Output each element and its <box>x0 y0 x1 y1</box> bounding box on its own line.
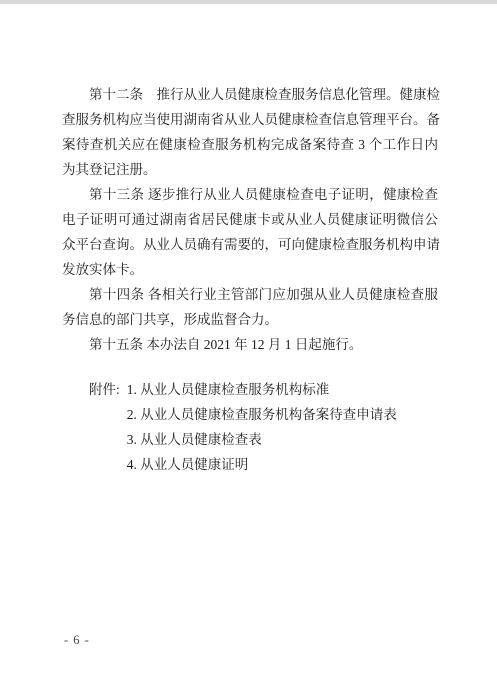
paragraph-line: 众平台查询。从业人员确有需要的，可向健康检查服务机构申请 <box>62 232 438 257</box>
attachments-block: 附件: 1. 从业人员健康检查服务机构标准 2. 从业人员健康检查服务机构备案待… <box>62 377 438 477</box>
paragraph-line: 第十四条 各相关行业主管部门应加强从业人员健康检查服 <box>62 282 438 307</box>
paragraph-line: 案待查机关应在健康检查服务机构完成备案待查 3 个工作日内 <box>62 132 438 157</box>
article-paragraph-12: 第十二条 推行从业人员健康检查服务信息化管理。健康检 查服务机构应当使用湖南省从… <box>62 82 438 182</box>
paragraph-line: 第十二条 推行从业人员健康检查服务信息化管理。健康检 <box>62 82 438 107</box>
attachments-label: 附件: <box>89 377 120 402</box>
paragraph-line: 发放实体卡。 <box>62 257 438 282</box>
article-paragraph-14: 第十四条 各相关行业主管部门应加强从业人员健康检查服 务信息的部门共享，形成监督… <box>62 282 438 332</box>
attachment-item: 4. 从业人员健康证明 <box>127 452 397 477</box>
page-number: - 6 - <box>64 633 90 648</box>
attachments-list: 1. 从业人员健康检查服务机构标准 2. 从业人员健康检查服务机构备案待查申请表… <box>127 377 397 477</box>
page-top-edge <box>0 0 497 4</box>
paragraph-line: 第十五条 本办法自 2021 年 12 月 1 日起施行。 <box>62 332 438 357</box>
paragraph-line: 务信息的部门共享，形成监督合力。 <box>62 307 438 332</box>
document-page: 第十二条 推行从业人员健康检查服务信息化管理。健康检 查服务机构应当使用湖南省从… <box>0 0 497 699</box>
paragraph-line: 第十三条 逐步推行从业人员健康检查电子证明，健康检查 <box>62 182 438 207</box>
article-paragraph-15: 第十五条 本办法自 2021 年 12 月 1 日起施行。 <box>62 332 438 357</box>
paragraph-line: 电子证明可通过湖南省居民健康卡或从业人员健康证明微信公 <box>62 207 438 232</box>
paragraph-line: 查服务机构应当使用湖南省从业人员健康检查信息管理平台。备 <box>62 107 438 132</box>
article-paragraph-13: 第十三条 逐步推行从业人员健康检查电子证明，健康检查 电子证明可通过湖南省居民健… <box>62 182 438 282</box>
attachment-item: 2. 从业人员健康检查服务机构备案待查申请表 <box>127 402 397 427</box>
attachment-item: 1. 从业人员健康检查服务机构标准 <box>127 377 397 402</box>
attachment-item: 3. 从业人员健康检查表 <box>127 427 397 452</box>
paragraph-line: 为其登记注册。 <box>62 157 438 182</box>
document-body: 第十二条 推行从业人员健康检查服务信息化管理。健康检 查服务机构应当使用湖南省从… <box>62 82 438 477</box>
